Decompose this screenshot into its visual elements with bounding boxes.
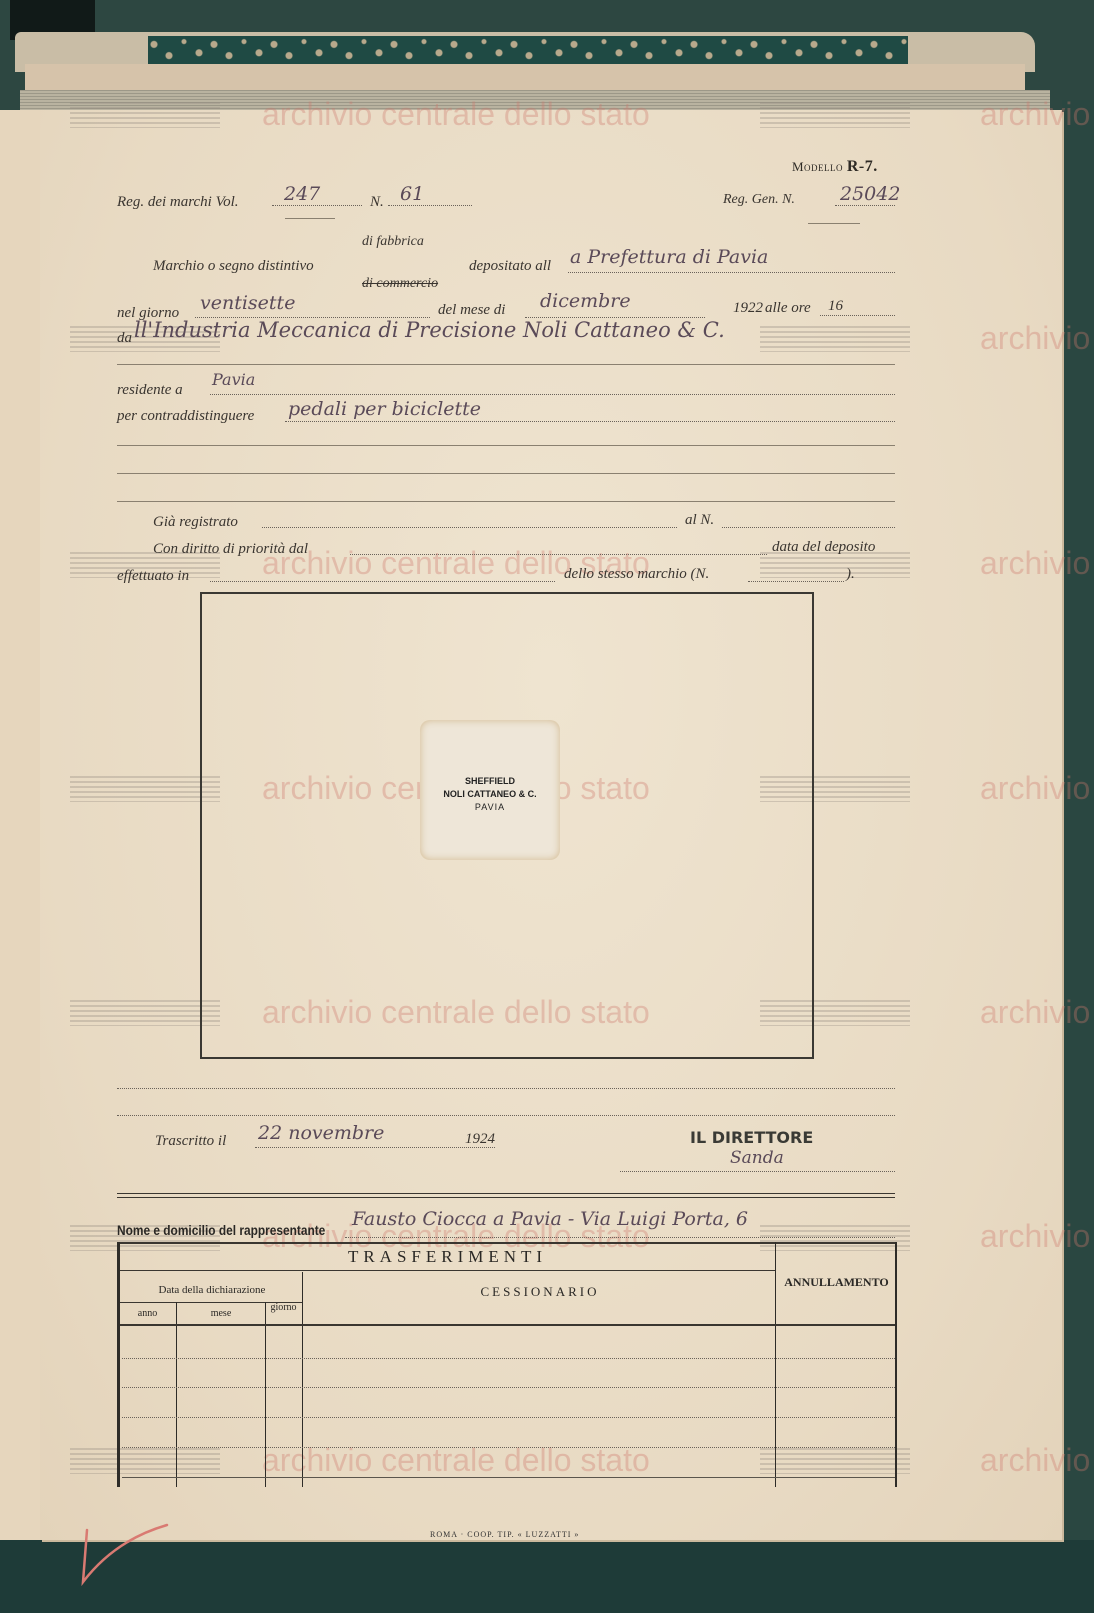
modello-code: Modello R-7. [792,158,878,176]
da-label: da [117,330,132,347]
residente-value: Pavia [212,370,255,389]
table-row-1[interactable] [122,1358,895,1359]
trademark-line-2: NOLI CATTANEO & C. [420,788,560,801]
book-cover-right [1062,100,1094,1540]
trademark-line-1: SHEFFIELD [420,775,560,788]
title-underline [120,1270,775,1271]
table-left-border [117,1242,120,1487]
rappresentante-value: Fausto Ciocca a Pavia - Via Luigi Porta,… [352,1208,748,1230]
mese-value: dicembre [540,290,631,312]
table-bottom-line [122,1477,895,1478]
da-continuation-line [117,364,895,365]
priorita-line [350,553,767,555]
n-value: 61 [400,183,424,205]
double-rule [117,1193,895,1198]
printer-imprint: ROMA · COOP. TIP. « LUZZATTI » [430,1530,579,1539]
contraddistinguere-value: pedali per biciclette [288,398,481,420]
effettuato-label: effettuato in [117,568,189,585]
gia-registrato-line [262,526,677,528]
option-fabbrica: di fabbrica [362,234,424,250]
trascritto-label: Trascritto il [155,1133,226,1150]
ore-label: alle ore [765,300,811,317]
anno-divider [176,1302,177,1487]
giorno-value: ventisette [200,292,295,314]
residente-line [210,393,895,395]
direttore-signature: Sanda [730,1148,784,1168]
watermark-text: archivio [980,1218,1090,1255]
marbled-spine [148,36,908,64]
modello-prefix: Modello [792,159,843,174]
year-label: 1922 [733,300,763,317]
col-mese: mese [177,1308,265,1319]
data-dichiarazione-header: Data della dichiarazione [122,1284,302,1296]
table-row-2[interactable] [122,1387,895,1388]
priorita-label: Con diritto di priorità dal [153,541,308,558]
left-page-edge [0,110,43,1540]
col-giorno: giorno [265,1302,302,1313]
blank-line-2 [117,473,895,474]
watermark-text: archivio [980,770,1090,807]
stesso-marchio-line [748,580,844,582]
da-value: ll'Industria Meccanica di Precisione Nol… [134,318,725,342]
rappresentante-line [345,1236,895,1238]
watermark-barcode-icon [70,102,220,128]
annullamento-header: ANNULLAMENTO [778,1275,895,1290]
mese-divider [265,1302,266,1487]
watermark-text: archivio centrale dello stato [262,96,650,133]
stesso-marchio-close: ). [846,566,855,583]
option-commercio: di commercio [362,276,438,292]
table-row-3[interactable] [122,1417,895,1418]
direttore-label: IL DIRETTORE [690,1128,813,1147]
trasferimenti-title: TRASFERIMENTI [120,1247,775,1267]
table-right-border [895,1242,897,1487]
watermark-barcode-icon [70,1000,220,1026]
contraddistinguere-label: per contraddistinguere [117,408,254,425]
ore-value: 16 [828,298,843,315]
trascritto-line [255,1146,495,1148]
vol-underline [285,218,335,219]
trascritto-value: 22 novembre [258,1122,384,1144]
vol-value: 247 [284,183,320,205]
reg-marchi-label: Reg. dei marchi Vol. [117,194,239,211]
blank-line-4 [117,1087,895,1089]
al-n-line [722,526,895,528]
data-deposito-label: data del deposito [772,539,875,556]
mese-label: del mese di [438,302,505,319]
blank-line-1 [117,445,895,446]
rappresentante-label: Nome e domicilio del rappresentante [117,1222,325,1238]
watermark-text: archivio [980,994,1090,1031]
residente-label: residente a [117,382,183,399]
n-label: N. [370,194,384,211]
depositato-label: depositato all [469,258,551,275]
signature-line [620,1170,895,1172]
effettuato-line [210,580,555,582]
watermark-barcode-icon [760,102,910,128]
col-anno: anno [120,1308,175,1319]
watermark-barcode-icon [760,326,910,352]
watermark-text: archivio [980,96,1090,133]
watermark-text: archivio [980,1442,1090,1479]
watermark-text: archivio [980,320,1090,357]
contraddistinguere-line [285,420,895,422]
cessionario-divider [302,1272,303,1487]
trascritto-year: 1924 [465,1131,495,1148]
header-bottom-rule [120,1324,895,1326]
depositato-line [568,271,895,273]
annullamento-divider [775,1242,776,1487]
trademark-line-3: PAVIA [420,801,560,814]
red-check-mark-icon [75,1520,175,1590]
stesso-marchio-label: dello stesso marchio (N. [564,566,709,583]
gia-registrato-label: Già registrato [153,514,238,531]
reg-gen-label: Reg. Gen. N. [723,192,795,208]
watermark-text: archivio [980,545,1090,582]
al-n-label: al N. [685,512,714,529]
watermark-barcode-icon [70,776,220,802]
blank-line-3 [117,501,895,502]
reg-gen-underline [808,223,860,224]
depositato-value: a Prefettura di Pavia [570,246,768,268]
blank-line-5 [117,1114,895,1116]
reg-gen-value: 25042 [840,183,900,205]
marchio-label: Marchio o segno distintivo [153,258,314,275]
cessionario-header: CESSIONARIO [305,1284,775,1300]
table-row-4[interactable] [122,1447,895,1448]
modello-number: R-7. [847,158,878,175]
